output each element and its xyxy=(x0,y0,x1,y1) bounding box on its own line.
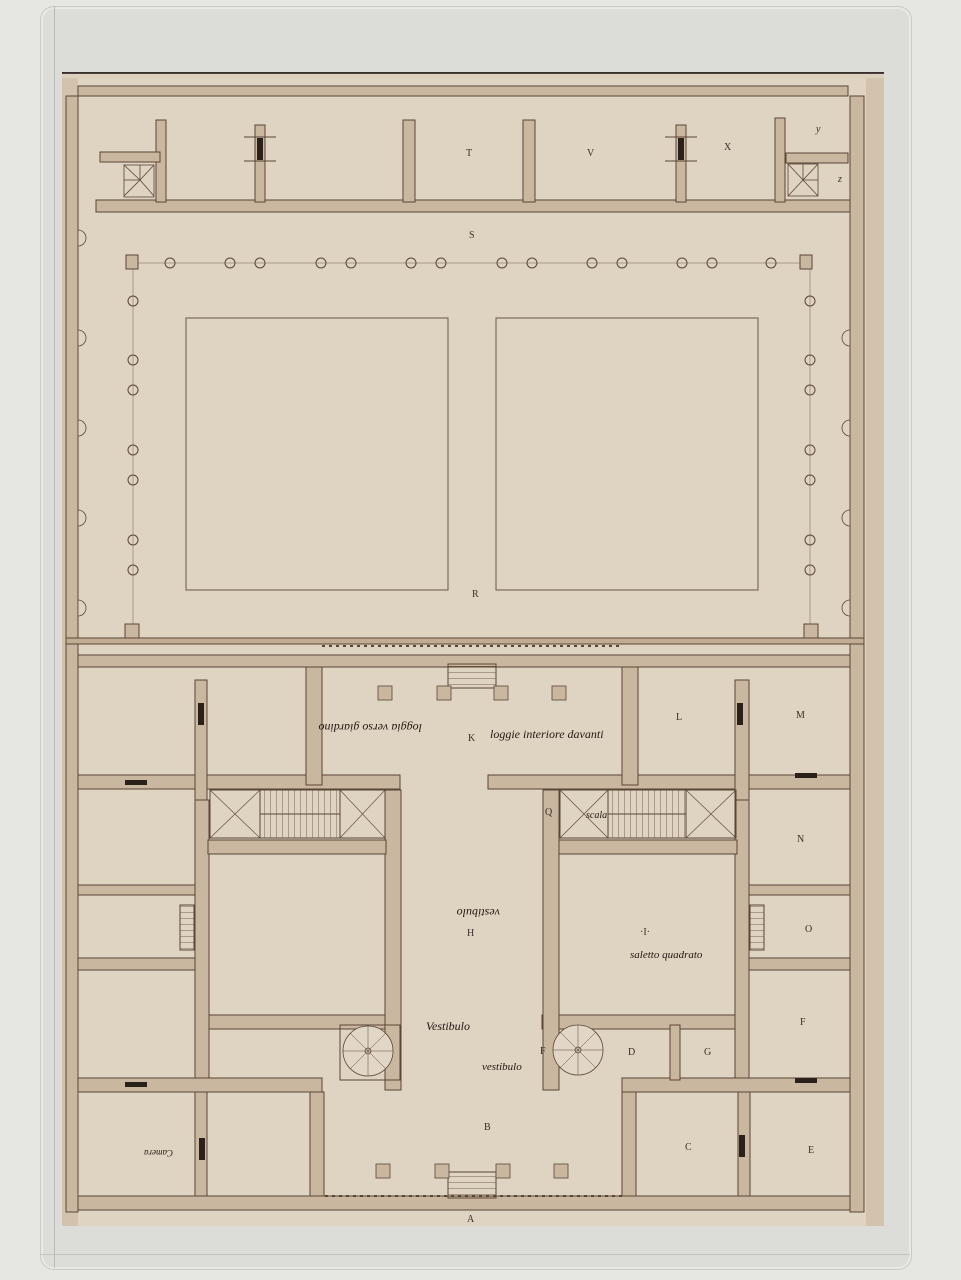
annotation-loggia-interior: loggie interiore davanti xyxy=(490,727,604,741)
label-R: R xyxy=(472,589,479,600)
label-O: O xyxy=(805,924,812,935)
label-K: K xyxy=(468,733,476,744)
annotation-vestibulo-1: Vestibulo xyxy=(426,1019,470,1033)
annotation-vestibulo-inverted: vestibulo xyxy=(457,906,500,920)
label-N: N xyxy=(797,834,804,845)
annotation-loggia-garden: loggia verso giardino xyxy=(318,721,422,735)
label-Q: Q xyxy=(545,807,553,818)
label-H: H xyxy=(467,928,474,939)
label-F-right: F xyxy=(800,1017,806,1028)
label-F: F xyxy=(540,1046,546,1057)
label-B: B xyxy=(484,1122,491,1133)
label-V: V xyxy=(587,148,595,159)
label-I: ·I· xyxy=(640,927,650,938)
label-M: M xyxy=(796,710,805,721)
label-S: S xyxy=(469,230,475,241)
annotation-vestibulo-2: vestibulo xyxy=(482,1061,522,1073)
floor-plan: T V X y z S R K L M N O Q H ·I· F D G F … xyxy=(0,0,961,1280)
label-G: G xyxy=(704,1047,711,1058)
annotation-saletto: saletto quadrato xyxy=(630,949,703,961)
label-E: E xyxy=(808,1145,814,1156)
paper-surface xyxy=(62,78,884,1226)
annotation-camera-inverted: Camera xyxy=(144,1148,173,1158)
label-D: D xyxy=(628,1047,635,1058)
label-L: L xyxy=(676,712,682,723)
label-C: C xyxy=(685,1142,692,1153)
label-Y: y xyxy=(815,124,821,135)
label-X: X xyxy=(724,142,732,153)
label-A: A xyxy=(467,1214,475,1225)
label-T: T xyxy=(466,148,472,159)
annotation-scala: scala xyxy=(586,810,607,821)
label-Z: z xyxy=(837,174,842,185)
